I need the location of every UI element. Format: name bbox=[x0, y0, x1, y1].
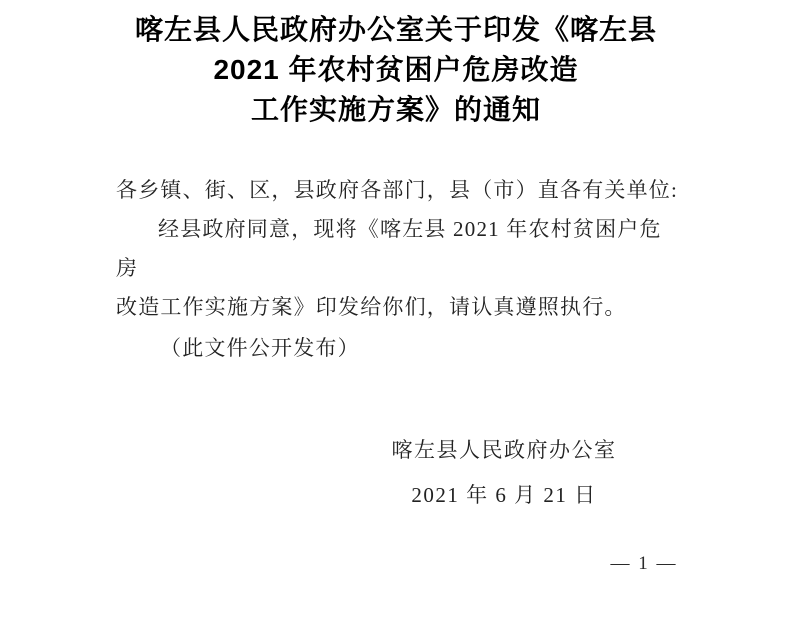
salutation: 各乡镇、街、区，县政府各部门，县（市）直各有关单位: bbox=[116, 171, 682, 210]
document-title: 喀左县人民政府办公室关于印发《喀左县 2021 年农村贫困户危房改造 工作实施方… bbox=[0, 10, 792, 130]
title-line-1: 喀左县人民政府办公室关于印发《喀左县 bbox=[0, 10, 792, 50]
issuer-name: 喀左县人民政府办公室 bbox=[388, 428, 620, 473]
title-line-3: 工作实施方案》的通知 bbox=[0, 90, 792, 130]
document-body: 各乡镇、街、区，县政府各部门，县（市）直各有关单位: 经县政府同意，现将《喀左县… bbox=[116, 171, 682, 327]
body-paragraph-line-1: 经县政府同意，现将《喀左县 2021 年农村贫困户危房 bbox=[116, 210, 682, 288]
page-number: — 1 — bbox=[598, 551, 690, 577]
signature-block: 喀左县人民政府办公室 2021 年 6 月 21 日 bbox=[388, 428, 620, 518]
body-paragraph-line-2: 改造工作实施方案》印发给你们，请认真遵照执行。 bbox=[116, 288, 682, 327]
public-release-note: （此文件公开发布） bbox=[116, 329, 682, 368]
document-page: 喀左县人民政府办公室关于印发《喀左县 2021 年农村贫困户危房改造 工作实施方… bbox=[0, 0, 800, 630]
issue-date: 2021 年 6 月 21 日 bbox=[388, 473, 620, 518]
title-line-2: 2021 年农村贫困户危房改造 bbox=[0, 50, 792, 90]
